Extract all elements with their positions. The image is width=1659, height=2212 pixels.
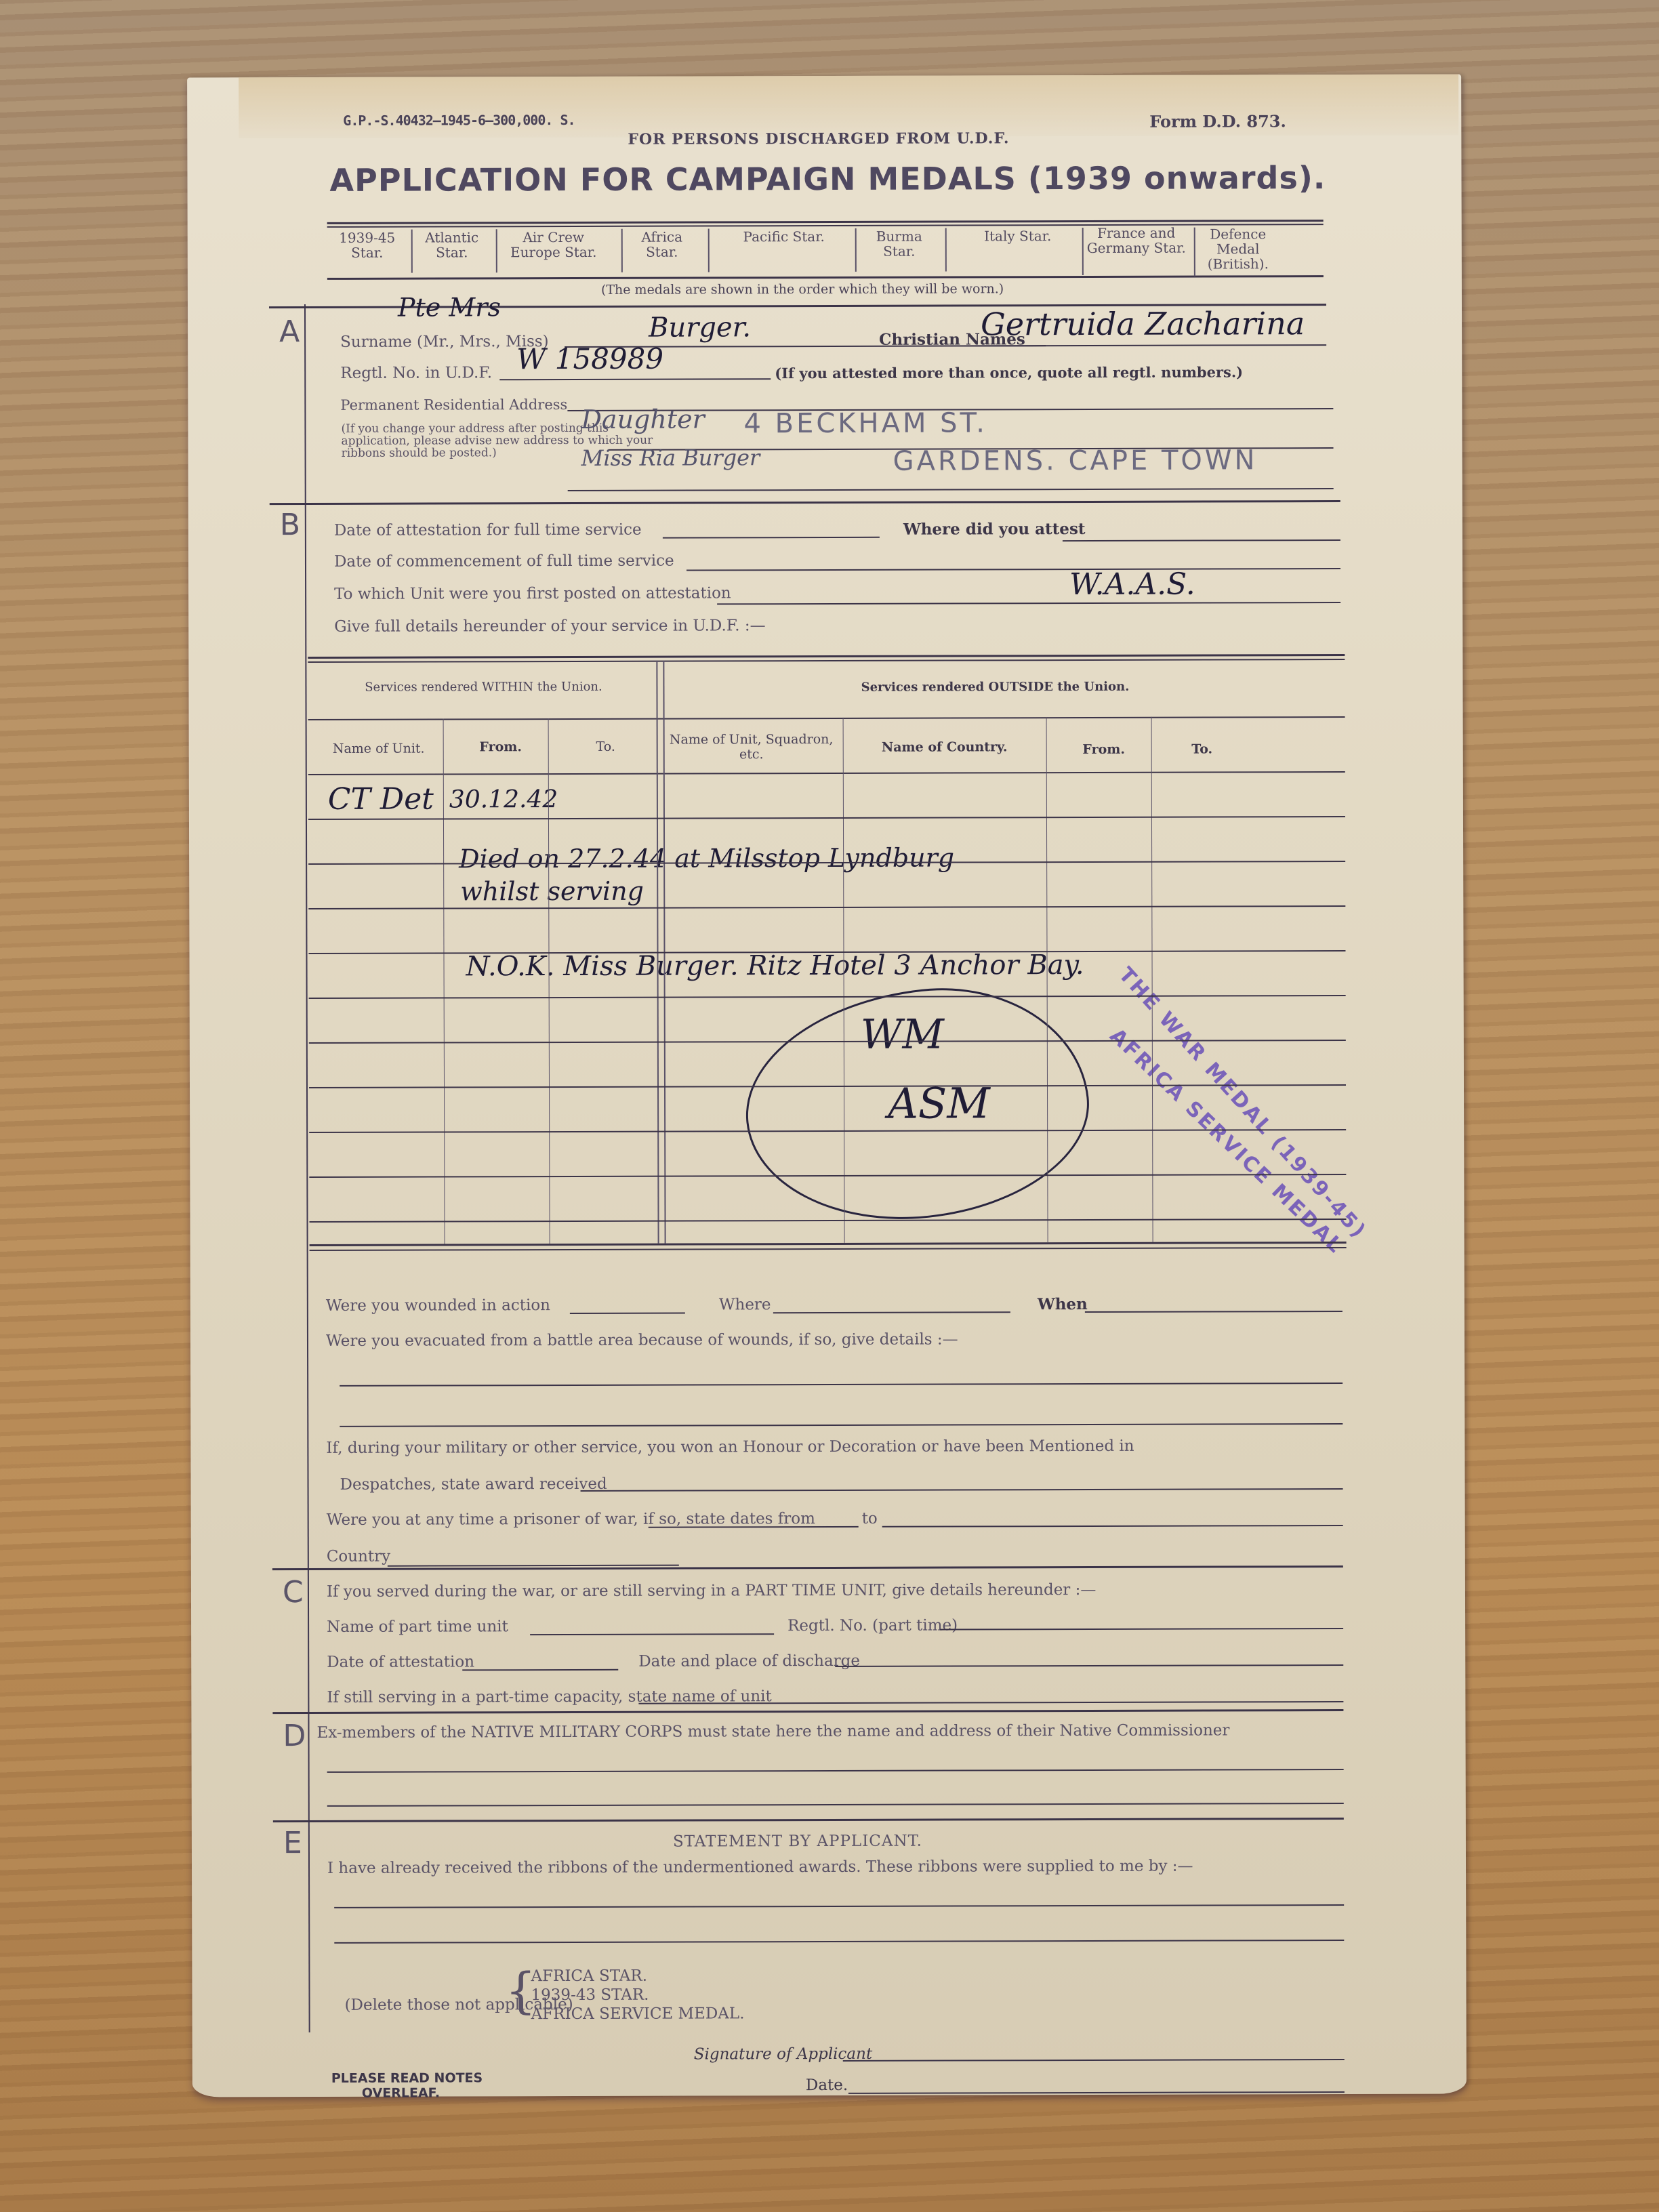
medal-pacific-star: Pacific Star. bbox=[723, 229, 845, 244]
first-unit-value: W.A.A.S. bbox=[1069, 567, 1195, 602]
pow-from-field[interactable] bbox=[649, 1526, 859, 1528]
table-row-rule[interactable] bbox=[310, 1218, 1347, 1223]
rank-annotation: Pte Mrs bbox=[398, 292, 501, 322]
attestation-date-label: Date of attestation for full time servic… bbox=[334, 521, 642, 539]
date-field[interactable] bbox=[848, 2091, 1345, 2094]
address-prefix-daughter: Daughter bbox=[581, 404, 704, 434]
row-from-value: 30.12.42 bbox=[449, 785, 558, 813]
discharge-label: Date and place of discharge bbox=[638, 1652, 860, 1671]
application-form: G.P.-S.40432—1945-6—300,000. S. Form D.D… bbox=[187, 75, 1467, 2097]
wounded-field[interactable] bbox=[570, 1313, 685, 1314]
table-row-rule[interactable] bbox=[308, 816, 1345, 820]
evacuated-label: Were you evacuated from a battle area be… bbox=[326, 1330, 958, 1349]
section-letter-a: A bbox=[279, 314, 300, 349]
commencement-field[interactable] bbox=[687, 568, 1340, 571]
regtl-number-field[interactable] bbox=[499, 378, 771, 380]
divider bbox=[1194, 228, 1195, 276]
overleaf-label: OVERLEAF. bbox=[362, 2086, 440, 2101]
table-column-divider bbox=[443, 718, 445, 1244]
address-field-line-3[interactable] bbox=[568, 488, 1334, 491]
col-outside-unit: Name of Unit, Squadron, etc. bbox=[663, 732, 840, 762]
rule bbox=[310, 1247, 1347, 1251]
commissioner-field-1[interactable] bbox=[327, 1769, 1344, 1773]
attestation-date-field[interactable] bbox=[663, 537, 880, 539]
honour-label: If, during your military or other servic… bbox=[326, 1437, 1134, 1457]
surname-value: Burger. bbox=[649, 312, 751, 343]
print-number: G.P.-S.40432—1945-6—300,000. S. bbox=[343, 112, 575, 129]
ribbons-supplier-field-1[interactable] bbox=[334, 1904, 1344, 1908]
evacuated-field-2[interactable] bbox=[340, 1423, 1343, 1427]
award-africa-service-medal[interactable]: AFRICA SERVICE MEDAL. bbox=[531, 2005, 745, 2023]
first-unit-field[interactable] bbox=[717, 602, 1340, 605]
part-time-attestation-label: Date of attestation bbox=[327, 1653, 474, 1671]
divider bbox=[496, 229, 497, 272]
award-field[interactable] bbox=[581, 1488, 1343, 1492]
part-time-unit-field[interactable] bbox=[530, 1633, 774, 1635]
within-union-header: Services rendered WITHIN the Union. bbox=[321, 680, 646, 695]
col-country: Name of Country. bbox=[840, 739, 1050, 755]
part-time-intro: If you served during the war, or are sti… bbox=[327, 1581, 1096, 1601]
attest-place-field[interactable] bbox=[1063, 539, 1340, 541]
divider bbox=[945, 228, 947, 272]
divider bbox=[708, 228, 710, 272]
col-unit-name: Name of Unit. bbox=[311, 741, 447, 756]
address-line-2: GARDENS. CAPE TOWN bbox=[893, 445, 1258, 476]
medal-atlantic-star: Atlantic Star. bbox=[415, 230, 489, 260]
statement-heading: STATEMENT BY APPLICANT. bbox=[673, 1832, 922, 1851]
first-unit-label: To which Unit were you first posted on a… bbox=[334, 584, 731, 603]
col-outside-to: To. bbox=[1158, 741, 1246, 756]
col-outside-from: From. bbox=[1053, 742, 1155, 757]
rule bbox=[308, 771, 1345, 775]
christian-names-value: Gertruida Zacharina bbox=[981, 305, 1305, 342]
country-field[interactable] bbox=[388, 1565, 679, 1567]
regtl-number-note: (If you attested more than once, quote a… bbox=[775, 363, 1243, 382]
rule bbox=[310, 1242, 1347, 1246]
country-label: Country bbox=[327, 1548, 390, 1565]
despatches-label: Despatches, state award received bbox=[340, 1475, 607, 1494]
discharge-field[interactable] bbox=[835, 1664, 1343, 1667]
rule bbox=[308, 716, 1345, 720]
where-field[interactable] bbox=[773, 1311, 1010, 1313]
africa-service-medal-stamp: AFRICA SERVICE MEDAL bbox=[1105, 1024, 1349, 1259]
part-time-regtl-label: Regtl. No. (part time) bbox=[787, 1616, 958, 1635]
section-letter-b: B bbox=[280, 508, 300, 542]
margin-line bbox=[304, 304, 310, 2032]
divider bbox=[411, 230, 413, 273]
col-from: From. bbox=[450, 739, 552, 754]
rule bbox=[308, 654, 1345, 659]
where-label: Where bbox=[719, 1296, 771, 1313]
section-letter-c: C bbox=[283, 1575, 304, 1610]
signature-field[interactable] bbox=[843, 2059, 1345, 2062]
rule bbox=[327, 275, 1324, 280]
divider bbox=[855, 228, 857, 272]
christian-names-field[interactable] bbox=[960, 344, 1326, 346]
part-time-unit-label: Name of part time unit bbox=[327, 1618, 508, 1636]
table-row-rule[interactable] bbox=[309, 995, 1346, 999]
medal-order-note: (The medals are shown in the order which… bbox=[601, 281, 1004, 298]
statement-text: I have already received the ribbons of t… bbox=[327, 1858, 1193, 1877]
regtl-number-label: Regtl. No. in U.D.F. bbox=[340, 364, 492, 382]
outside-union-header: Services rendered OUTSIDE the Union. bbox=[663, 679, 1327, 696]
commencement-label: Date of commencement of full time servic… bbox=[334, 552, 674, 571]
divider bbox=[1082, 228, 1084, 275]
service-details-label: Give full details hereunder of your serv… bbox=[334, 617, 765, 636]
rule bbox=[272, 1709, 1343, 1714]
address-line-1: 4 BECKHAM ST. bbox=[743, 407, 987, 439]
date-label: Date. bbox=[806, 2076, 848, 2094]
form-subtitle: FOR PERSONS DISCHARGED FROM U.D.F. bbox=[628, 129, 1009, 148]
address-label: Permanent Residential Address bbox=[340, 396, 567, 413]
rule bbox=[308, 659, 1345, 663]
medal-burma-star: Burma Star. bbox=[862, 229, 937, 259]
form-title: APPLICATION FOR CAMPAIGN MEDALS (1939 on… bbox=[329, 159, 1326, 199]
medal-1939-45-star: 1939-45 Star. bbox=[330, 230, 405, 260]
native-corps-label: Ex-members of the NATIVE MILITARY CORPS … bbox=[316, 1721, 1229, 1742]
wounded-label: Were you wounded in action bbox=[326, 1296, 550, 1315]
ribbons-supplier-field-2[interactable] bbox=[334, 1940, 1344, 1944]
medal-air-crew-europe-star: Air Crew Europe Star. bbox=[499, 230, 608, 260]
note-died: Died on 27.2.44 at Milsstop Lyndburg bbox=[459, 843, 954, 874]
col-to: To. bbox=[555, 739, 657, 754]
award-1939-43-star[interactable]: 1939-43 STAR. bbox=[531, 1986, 649, 2004]
when-label: When bbox=[1038, 1295, 1088, 1313]
part-time-regtl-field[interactable] bbox=[940, 1628, 1343, 1631]
medal-africa-star: Africa Star. bbox=[625, 229, 699, 259]
evacuated-field-1[interactable] bbox=[340, 1382, 1343, 1387]
pow-to-field[interactable] bbox=[882, 1525, 1343, 1528]
address-prefix-addressee: Miss Ria Burger bbox=[581, 445, 760, 471]
pow-to-label: to bbox=[862, 1510, 878, 1528]
row-unit-value: CT Det bbox=[328, 782, 434, 817]
regtl-number-value: W 158989 bbox=[516, 342, 663, 376]
medal-italy-star: Italy Star. bbox=[967, 228, 1069, 243]
circled-annotation-wm: WM bbox=[861, 1011, 944, 1059]
note-serving: whilst serving bbox=[460, 876, 644, 907]
when-field[interactable] bbox=[1085, 1311, 1343, 1313]
rule bbox=[273, 1818, 1344, 1822]
rule bbox=[270, 500, 1340, 505]
attest-place-label: Where did you attest bbox=[903, 520, 1086, 539]
medal-france-germany-star: France and Germany Star. bbox=[1086, 226, 1187, 255]
table-column-divider bbox=[1151, 717, 1153, 1242]
part-time-attestation-field[interactable] bbox=[462, 1669, 618, 1671]
commissioner-field-2[interactable] bbox=[327, 1803, 1344, 1807]
section-letter-d: D bbox=[283, 1719, 306, 1753]
section-letter-e: E bbox=[283, 1826, 302, 1860]
note-next-of-kin: N.O.K. Miss Burger. Ritz Hotel 3 Anchor … bbox=[466, 949, 1084, 982]
read-notes-label: PLEASE READ NOTES bbox=[331, 2070, 483, 2086]
form-number: Form D.D. 873. bbox=[1149, 111, 1286, 131]
divider bbox=[621, 229, 623, 272]
medal-defence-medal: Defence Medal (British). bbox=[1197, 226, 1279, 271]
award-africa-star[interactable]: AFRICA STAR. bbox=[531, 1967, 647, 1985]
